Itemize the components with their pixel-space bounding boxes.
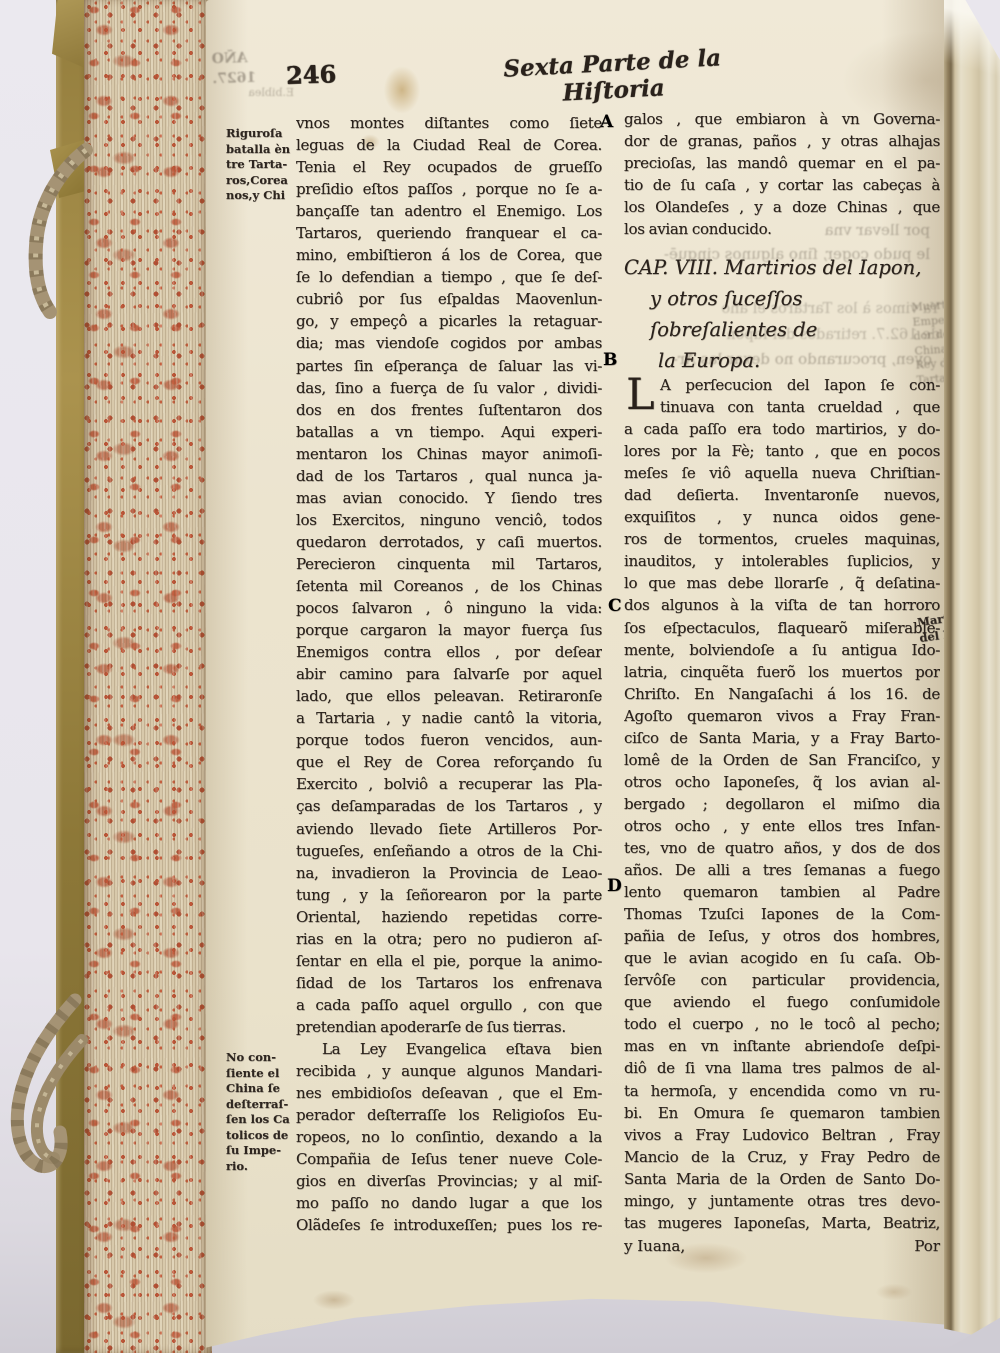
text-line: que el Rey de Corea reforçando ſu: [296, 751, 602, 773]
margin-note-line: nos,y Chi: [226, 188, 300, 204]
book-photo-scene: AÑO1627. E.biblea por llevar vnale pudo …: [0, 0, 1000, 1353]
text-line: quedaron derrotados, y caſi muertos.: [296, 531, 602, 553]
text-line: tung , y la ſeñorearon por la parte: [296, 884, 602, 906]
text-line: gios en diverſas Provincias; y al miſ-: [296, 1170, 602, 1192]
text-line: mingo, y juntamente otras tres devo-: [624, 1190, 940, 1212]
text-line: Compañia de Ieſus tener nueve Cole-: [296, 1148, 602, 1170]
text-line: Chriſto. En Nangaſachi á los 16. de: [624, 683, 940, 705]
text-line: Enemigos contra ellos , por deſear: [296, 641, 602, 663]
margin-note-line: ſen los Ca: [226, 1112, 300, 1128]
right-column-paragraph-1: galos , que embiaron à vn Governa-dor de…: [624, 108, 940, 240]
text-line: das, ſino a fuerça de ſu valor , dividi-: [296, 377, 602, 399]
text-line: lomê de la Orden de San Franciſco, y: [624, 749, 940, 771]
text-line: porque cargaron la mayor fuerça ſus: [296, 619, 602, 641]
margin-note-line: Riguroſa: [226, 126, 300, 142]
margin-note-line: ros,Corea: [226, 173, 300, 189]
text-line: tinuava con tanta crueldad , que: [624, 396, 940, 418]
text-line: Oriental, haziendo repetidas corre-: [296, 906, 602, 928]
text-line: a cada paſſo era todo martirios, y do-: [624, 418, 940, 440]
column-marker-b: B: [603, 350, 617, 370]
text-line: vnos montes diſtantes como ſiete: [296, 112, 602, 134]
text-line: pretendian apoderarſe de ſus tierras.: [296, 1016, 602, 1038]
text-line: ças deſamparadas de los Tartaros , y: [296, 795, 602, 817]
margin-note-line: China ſe: [226, 1081, 300, 1097]
text-line: otros ocho Iaponeſes, q̃ los avian al-: [624, 771, 940, 793]
text-line: bergado ; degollaron el miſmo dia: [624, 793, 940, 815]
text-line: latria, cinquẽta fuerõ los muertos por: [624, 661, 940, 683]
text-line: Perecieron cinquenta mil Tartaros,: [296, 553, 602, 575]
text-line: Tartaros, queriendo franquear el ca-: [296, 222, 602, 244]
text-line: ropeos, no lo conſintio, dexando a la: [296, 1126, 602, 1148]
text-line: lo que mas debe llorarſe , q̃ deſatina-: [624, 572, 940, 594]
text-line: porque todos fueron vencidos, aun-: [296, 729, 602, 751]
margin-note-line: No con-: [226, 1050, 300, 1066]
text-line: pocos ſalvaron , ô ninguno la vida:: [296, 597, 602, 619]
text-line: perador deſterraſſe los Religioſos Eu-: [296, 1104, 602, 1126]
text-line: A perſecucion del Iapon ſe con-: [624, 374, 940, 396]
text-line: dad de los Tartaros , qual nunca ja-: [296, 465, 602, 487]
margin-note-line: tre Tarta-: [226, 157, 300, 173]
text-line: otros ocho , y ente ellos tres Infan-: [624, 815, 940, 837]
text-line: dos algunos à la viſta de tan horroro: [624, 594, 940, 616]
text-line: Olãdeſes ſe introduxeſſen; pues los re-: [296, 1214, 602, 1236]
text-line: La Ley Evangelica eſtava bien: [296, 1038, 602, 1060]
fore-edge-red-speckled-pages: [84, 0, 212, 1353]
text-line: ſentar en ella el pie, porque la animo-: [296, 950, 602, 972]
text-line: Exercito , bolviô a recuperar las Pla-: [296, 773, 602, 795]
text-line: Tenia el Rey ocupados de grueſſo: [296, 156, 602, 178]
text-line: dad deſierta. Inventaronſe nuevos,: [624, 484, 940, 506]
catchword: Por: [914, 1235, 940, 1257]
column-marker-d: D: [607, 876, 622, 896]
text-line: ſervôſe con particular providencia,: [624, 969, 940, 991]
text-line: aviendo llevado ſiete Artilleros Por-: [296, 818, 602, 840]
text-line: rias en la otra; pero no pudieron aſ-: [296, 928, 602, 950]
text-line: lento quemaron tambien al Padre: [624, 881, 940, 903]
text-line: Agoſto quemaron vivos a Fray Fran-: [624, 705, 940, 727]
margin-note-line: batalla èn: [226, 142, 300, 158]
text-line: lado, que ellos peleavan. Retiraronſe: [296, 685, 602, 707]
text-line: leguas de la Ciudad Real de Corea.: [296, 134, 602, 156]
text-line: tio de ſu caſa , y cortar las cabeças à: [624, 174, 940, 196]
text-line: preſidio eſtos paſſos , porque no ſe a-: [296, 178, 602, 200]
final-line-text: y Iuana,: [624, 1235, 685, 1257]
text-line: bi. En Omura ſe quemaron tambien: [624, 1102, 940, 1124]
text-line: ſe lo defendian a tiempo , que ſe deſ-: [296, 266, 602, 288]
page-number: 246: [286, 59, 337, 90]
text-line: go, y empeçô a picarles la retaguar-: [296, 310, 602, 332]
text-line: mino, embiſtieron á los de Corea, que: [296, 244, 602, 266]
text-line: a cada paſſo aquel orgullo , con que: [296, 994, 602, 1016]
margin-note-battle: Riguroſabatalla èntre Tarta-ros,Coreanos…: [226, 126, 300, 204]
running-title: Sexta Parte de la Hiſtoria: [457, 42, 769, 112]
text-line: tas mugeres Iaponeſas, Marta, Beatriz,: [624, 1212, 940, 1234]
text-line: dor de granas, paños , y otras alhajas: [624, 130, 940, 152]
chapter-heading-line: la Europa.: [624, 345, 944, 376]
following-pages-edge: [944, 0, 1000, 1353]
chapter-heading-line: CAP. VIII. Martirios del Iapon,: [624, 252, 944, 283]
text-line: vivos a Fray Ludovico Beltran , Fray: [624, 1124, 940, 1146]
text-line: tugueſes, enſeñando a otros de la Chi-: [296, 840, 602, 862]
margin-note-line: ſu Impe-: [226, 1143, 300, 1159]
chapter-heading-line: y otros ſuceſſos ſobreſalientes de: [624, 283, 944, 345]
text-line: nes embidioſos deſeavan , que el Em-: [296, 1082, 602, 1104]
text-line: pañia de Ieſus, y otros dos hombres,: [624, 925, 940, 947]
text-line: inauditos, y intolerables ſuplicios, y: [624, 550, 940, 572]
text-line: mente, bolviendoſe a ſu antigua Ido-: [624, 639, 940, 661]
text-line: partes ſin eſperança de ſaluar las vi-: [296, 355, 602, 377]
text-line: mas avian conocido. Y ſiendo tres: [296, 487, 602, 509]
text-line: a Tartaria , y nadie cantô la vitoria,: [296, 707, 602, 729]
text-line: dos en dos frentes ſuſtentaron dos: [296, 399, 602, 421]
text-line: ſetenta mil Coreanos , de los Chinas: [296, 575, 602, 597]
margin-note-line: ſiente el: [226, 1066, 300, 1082]
text-line: Santa Maria de la Orden de Santo Do-: [624, 1168, 940, 1190]
text-line: ciſco de Santa Maria, y a Fray Barto-: [624, 727, 940, 749]
book-page: AÑO1627. E.biblea por llevar vnale pudo …: [206, 0, 946, 1353]
chapter-heading: CAP. VIII. Martirios del Iapon, y otros …: [624, 252, 944, 376]
text-line: diô de ſi vna llama tres palmos de al-: [624, 1057, 940, 1079]
text-line: dia; mas viendoſe cogidos por ambas: [296, 332, 602, 354]
margin-note-line: tolicos de: [226, 1128, 300, 1144]
text-line: los avian conducido.: [624, 218, 940, 240]
text-line: cubriô por ſus eſpaldas Maovenlun-: [296, 288, 602, 310]
text-line: mas en vn inſtante abriendoſe deſpi-: [624, 1035, 940, 1057]
column-marker-c: C: [608, 596, 622, 616]
right-column-paragraph-2: A perſecucion del Iapon ſe con-tinuava c…: [624, 374, 940, 1234]
text-line: los Exercitos, ninguno venciô, todos: [296, 509, 602, 531]
text-line: bançaſſe tan adentro el Enemigo. Los: [296, 200, 602, 222]
text-line: ta hermoſa, y encendida como vn ru-: [624, 1080, 940, 1102]
text-line: ſidad de los Tartaros los enfrenava: [296, 972, 602, 994]
final-line: y Iuana, Por: [624, 1235, 940, 1257]
bleedthrough-fragment: E.biblea: [224, 86, 294, 99]
text-line: recibida , y aunque algunos Mandari-: [296, 1060, 602, 1082]
text-line: galos , que embiaron à vn Governa-: [624, 108, 940, 130]
text-line: mo paſſo no dando lugar a que los: [296, 1192, 602, 1214]
text-line: Mancio de la Cruz, y Fray Pedro de: [624, 1146, 940, 1168]
text-line: los Olandeſes , y a doze Chinas , que: [624, 196, 940, 218]
text-line: Thomas Tzuſci Iapones de la Com-: [624, 903, 940, 925]
text-line: que aviendo el fuego conſumidole: [624, 991, 940, 1013]
text-line: lores por la Fè; tanto , que en pocos: [624, 440, 940, 462]
text-line: mentaron los Chinas mayor animoſi-: [296, 443, 602, 465]
text-line: ſos eſpectaculos, flaquearõ miſerable-: [624, 617, 940, 639]
text-line: abir camino para ſalvarſe por aquel: [296, 663, 602, 685]
left-text-column: vnos montes diſtantes como ſieteleguas d…: [296, 112, 602, 1236]
text-line: meſes ſe viô aquella nueva Chriſtian-: [624, 462, 940, 484]
text-line: tes, vno de quatro años, y dos de dos: [624, 837, 940, 859]
text-line: exquiſitos , y nunca oidos gene-: [624, 506, 940, 528]
bleedthrough-year-note: AÑO1627.: [211, 47, 288, 90]
text-line: ros de tormentos, crueles maquinas,: [624, 528, 940, 550]
margin-note-line: rio.: [226, 1159, 300, 1175]
text-line: precioſas, las mandô quemar en el pa-: [624, 152, 940, 174]
text-line: años. De alli a tres ſemanas a fuego: [624, 859, 940, 881]
margin-note-china: No con-ſiente elChina ſedeſterraſ-ſen lo…: [226, 1050, 300, 1174]
text-line: batallas a vn tiempo. Aqui experi-: [296, 421, 602, 443]
text-line: na, invadieron la Provincia de Leao-: [296, 862, 602, 884]
text-line: todo el cuerpo , no le tocô al pecho;: [624, 1013, 940, 1035]
margin-note-line: deſterraſ-: [226, 1097, 300, 1113]
text-line: que le avian acogido en ſu caſa. Ob-: [624, 947, 940, 969]
